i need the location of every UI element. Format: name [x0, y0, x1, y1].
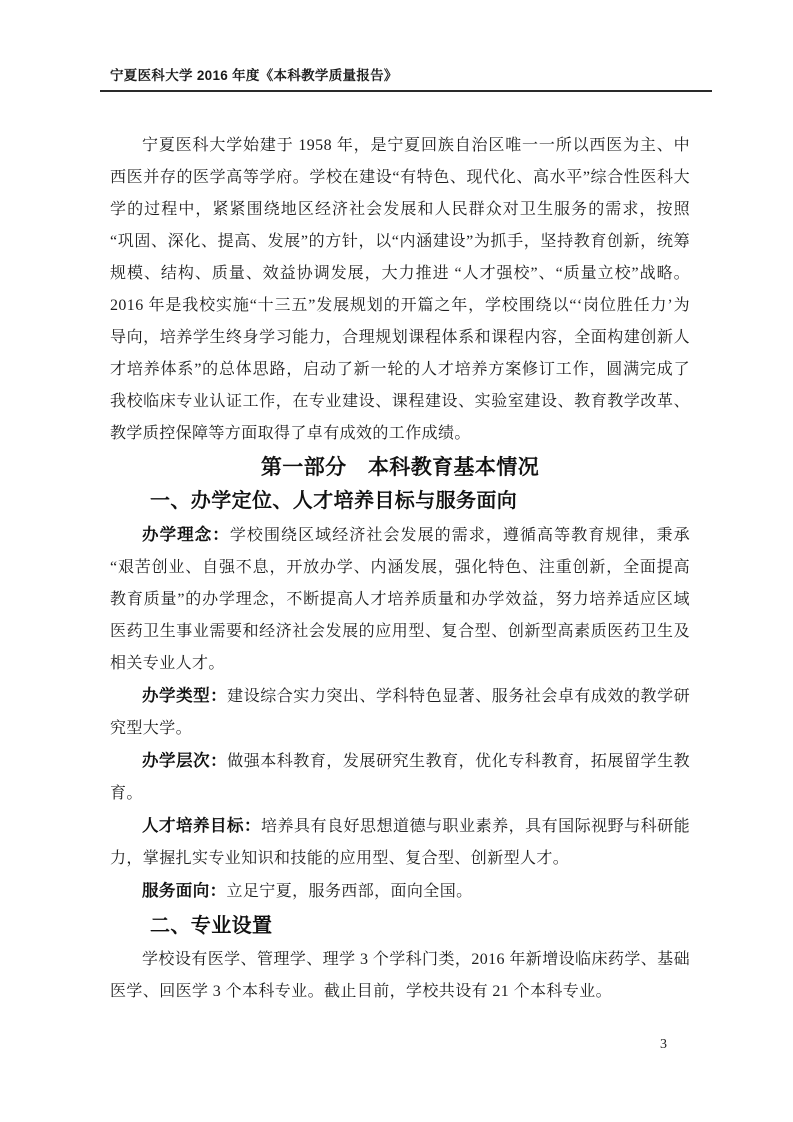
page-header: 宁夏医科大学 2016 年度《本科教学质量报告》: [100, 64, 712, 92]
item-rencai-peiyang-mubiao: 人才培养目标：培养具有良好思想道德与职业素养，具有国际视野与科研能力，掌握扎实专…: [110, 810, 690, 875]
intro-paragraph: 宁夏医科大学始建于 1958 年，是宁夏回族自治区唯一一所以西医为主、中西医并存…: [110, 130, 690, 450]
document-body: 宁夏医科大学始建于 1958 年，是宁夏回族自治区唯一一所以西医为主、中西医并存…: [110, 124, 690, 1008]
item-banxue-leixing: 办学类型：建设综合实力突出、学科特色显著、服务社会卓有成效的教学研究型大学。: [110, 680, 690, 745]
item-text-banxue-linian: 学校围绕区域经济社会发展的需求，遵循高等教育规律，秉承“艰苦创业、自强不息，开放…: [110, 527, 690, 672]
section2-heading: 二、专业设置: [110, 910, 690, 942]
item-label-banxue-leixing: 办学类型：: [142, 687, 227, 705]
item-banxue-cengci: 办学层次：做强本科教育，发展研究生教育，优化专科教育，拓展留学生教育。: [110, 745, 690, 810]
item-label-banxue-cengci: 办学层次：: [142, 752, 227, 770]
item-text-fuwu-mianxiang: 立足宁夏，服务西部，面向全国。: [227, 883, 473, 900]
page-number: 3: [660, 1035, 667, 1055]
item-label-fuwu-mianxiang: 服务面向：: [142, 882, 227, 900]
part-heading: 第一部分 本科教育基本情况: [110, 453, 690, 483]
item-banxue-linian: 办学理念：学校围绕区域经济社会发展的需求，遵循高等教育规律，秉承“艰苦创业、自强…: [110, 519, 690, 680]
document-page: 宁夏医科大学 2016 年度《本科教学质量报告》 宁夏医科大学始建于 1958 …: [0, 0, 793, 1122]
item-label-banxue-linian: 办学理念：: [142, 526, 230, 544]
item-fuwu-mianxiang: 服务面向：立足宁夏，服务西部，面向全国。: [110, 875, 690, 908]
section1-heading: 一、办学定位、人才培养目标与服务面向: [110, 485, 690, 517]
section2-paragraph: 学校设有医学、管理学、理学 3 个学科门类，2016 年新增设临床药学、基础医学…: [110, 944, 690, 1008]
header-title: 宁夏医科大学 2016 年度《本科教学质量报告》: [110, 68, 398, 83]
item-label-rencai-peiyang-mubiao: 人才培养目标：: [142, 817, 261, 835]
